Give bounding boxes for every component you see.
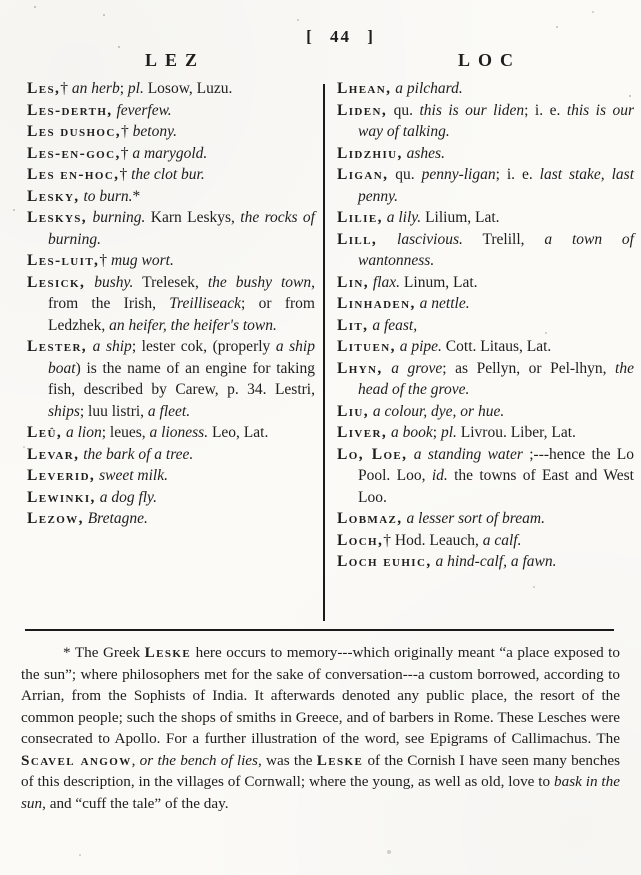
dictionary-entry: Lesick, bushy. Trelesek, the bushy town,… [27, 272, 315, 337]
dictionary-entry: Lewinki, a dog fly. [27, 487, 315, 509]
entry-text: † [60, 80, 72, 97]
entry-text: ; lester cok, (properly [132, 338, 276, 355]
dictionary-entry: Les-en-goc,† a marygold. [27, 143, 315, 165]
entry-text: id. [432, 467, 448, 484]
footnote-text: , and “cuff the tale” of the day. [42, 795, 228, 812]
footnote-smallcaps-term: Scavel angow [21, 752, 132, 769]
entry-text: the bark of a tree. [79, 446, 193, 463]
entry-text: an herb [72, 80, 120, 97]
dictionary-entry: Lin, flax. Linum, Lat. [337, 272, 634, 294]
entry-text: an heifer, the heifer's town. [109, 317, 277, 334]
headword: Lituen, [337, 338, 396, 355]
entry-text: lascivious. [377, 231, 463, 248]
entry-text: sweet milk. [95, 467, 168, 484]
scanned-dictionary-page: [ 44 ] LEZ Les,† an herb; pl. Losow, Luz… [0, 0, 641, 875]
entry-text: a fleet. [148, 403, 190, 420]
entry-text: a lion [62, 424, 102, 441]
entry-text: this is our liden [419, 102, 524, 119]
entry-text: † [121, 123, 133, 140]
footnote-text: * The Greek [63, 644, 145, 661]
entry-text: qu. [388, 166, 421, 183]
dictionary-entry: Lester, a ship; lester cok, (properly a … [27, 336, 315, 422]
headword: Les-derth, [27, 102, 113, 119]
headword: Lill, [337, 231, 377, 248]
entry-text: ; i. e. [524, 102, 567, 119]
dictionary-entry: Liu, a colour, dye, or hue. [337, 401, 634, 423]
headword: Liu, [337, 403, 369, 420]
entry-text: ) is the name of an engine for taking fi… [48, 360, 315, 399]
entry-text: to burn. [80, 188, 133, 205]
entry-text: mug wort. [111, 252, 174, 269]
headword: Lester, [27, 338, 87, 355]
entry-text: a dog fly. [96, 489, 157, 506]
dictionary-entry: Leû, a lion; leues, a lioness. Leo, Lat. [27, 422, 315, 444]
dictionary-entry: Lhyn, a grove; as Pellyn, or Pel-lhyn, t… [337, 358, 634, 401]
dictionary-entry: Les,† an herb; pl. Losow, Luzu. [27, 78, 315, 100]
entry-text: ; leues, [102, 424, 150, 441]
headword: Levar, [27, 446, 79, 463]
dictionary-entry: Lidzhiu, ashes. [337, 143, 634, 165]
entry-text: ; [433, 424, 441, 441]
dictionary-entry: Linhaden, a nettle. [337, 293, 634, 315]
entry-text: Trelill, [463, 231, 544, 248]
entry-text: a nettle. [416, 295, 470, 312]
entry-text: a marygold. [132, 145, 207, 162]
entry-text: a standing water [407, 446, 522, 463]
entry-text: bushy. [85, 274, 133, 291]
entry-text: Bretagne. [84, 510, 148, 527]
entry-text: Linum, Lat. [400, 274, 478, 291]
headword: Lobmaz, [337, 510, 403, 527]
entry-text: burning. [87, 209, 145, 226]
entry-text: flax. [369, 274, 400, 291]
dictionary-entry: Lezow, Bretagne. [27, 508, 315, 530]
entry-text: a book [387, 424, 433, 441]
headword: Lin, [337, 274, 369, 291]
entry-text: a lily. [383, 209, 421, 226]
entry-text: Lilium, Lat. [421, 209, 499, 226]
headword: Lezow, [27, 510, 84, 527]
footnote-text: , was the [258, 752, 317, 769]
dictionary-entry: Lilie, a lily. Lilium, Lat. [337, 207, 634, 229]
entry-text: † [119, 166, 131, 183]
entry-text: † [121, 145, 133, 162]
dictionary-entry: Les en-hoc,† the clot bur. [27, 164, 315, 186]
entry-text: qu. [387, 102, 419, 119]
entry-text: Livrou. Liber, Lat. [457, 424, 576, 441]
headword: Lewinki, [27, 489, 96, 506]
headword: Ligan, [337, 166, 388, 183]
column-loc: LOC Lhean, a pilchard.Liden, qu. this is… [337, 50, 634, 573]
headword: Les-luit, [27, 252, 99, 269]
headword: Lesick, [27, 274, 85, 291]
entry-text: a grove [383, 360, 443, 377]
dictionary-entry: Leskys, burning. Karn Leskys, the rocks … [27, 207, 315, 250]
headword: Lesky, [27, 188, 80, 205]
dictionary-entry: Loch euhic, a hind-calf, a fawn. [337, 551, 634, 573]
footnote: * The Greek Leske here occurs to memory-… [21, 642, 620, 814]
entry-text: a ship [87, 338, 132, 355]
entry-text: Trelesek, [133, 274, 207, 291]
entry-text: a lioness. [150, 424, 209, 441]
headword: Leû, [27, 424, 62, 441]
column-lez: LEZ Les,† an herb; pl. Losow, Luzu.Les-d… [27, 50, 315, 530]
headword: Leverid, [27, 467, 95, 484]
entry-text: Losow, Luzu. [144, 80, 233, 97]
footnote-text: or the bench of lies [140, 752, 258, 769]
entry-text: a hind-calf, a fawn. [432, 553, 557, 570]
entry-text: * [133, 188, 141, 205]
entry-text: ships [48, 403, 80, 420]
entry-text: Karn Leskys, [145, 209, 240, 226]
entry-text: Treilliseack [169, 295, 241, 312]
headword: Les en-hoc, [27, 166, 119, 183]
headword: Liver, [337, 424, 387, 441]
entry-list-lez: Les,† an herb; pl. Losow, Luzu.Les-derth… [27, 78, 315, 530]
entry-text: a pilchard. [391, 80, 462, 97]
entry-text: a calf. [483, 532, 522, 549]
entry-text: pl. [128, 80, 144, 97]
entry-text: a feast, [368, 317, 417, 334]
dictionary-entry: Lo, Loe, a standing water ;---hence the … [337, 444, 634, 509]
column-divider-rule [323, 84, 325, 621]
headword: Lhean, [337, 80, 391, 97]
dictionary-entry: Lit, a feast, [337, 315, 634, 337]
entry-text: ashes. [403, 145, 445, 162]
entry-text: the bushy town [208, 274, 311, 291]
dictionary-entry: Liver, a book; pl. Livrou. Liber, Lat. [337, 422, 634, 444]
dictionary-entry: Ligan, qu. penny-ligan; i. e. last stake… [337, 164, 634, 207]
dictionary-entry: Loch,† Hod. Leauch, a calf. [337, 530, 634, 552]
entry-text: betony. [133, 123, 177, 140]
dictionary-entry: Les-luit,† mug wort. [27, 250, 315, 272]
headword: Lit, [337, 317, 368, 334]
entry-text: † [99, 252, 111, 269]
headword: Lo, Loe, [337, 446, 407, 463]
entry-text: a pipe. [396, 338, 442, 355]
headword: Lidzhiu, [337, 145, 403, 162]
entry-text: penny-ligan [422, 166, 496, 183]
footnote-smallcaps-term: Leske [145, 644, 191, 661]
entry-text: Cott. Litaus, Lat. [442, 338, 551, 355]
dictionary-entry: Liden, qu. this is our liden; i. e. this… [337, 100, 634, 143]
headword: Lilie, [337, 209, 383, 226]
entry-text: † Hod. Leauch, [383, 532, 482, 549]
footnote-text: , [132, 752, 140, 769]
entry-text: a lesser sort of bream. [403, 510, 545, 527]
entry-text: pl. [441, 424, 457, 441]
headword: Lhyn, [337, 360, 383, 377]
column-header-loc: LOC [337, 50, 634, 71]
footnote-smallcaps-term: Leske [317, 752, 363, 769]
headword: Leskys, [27, 209, 87, 226]
dictionary-entry: Lill, lascivious. Trelill, a town of wan… [337, 229, 634, 272]
dictionary-entry: Lobmaz, a lesser sort of bream. [337, 508, 634, 530]
headword: Les, [27, 80, 60, 97]
headword: Linhaden, [337, 295, 416, 312]
entry-text: ; [120, 80, 128, 97]
entry-text: ; as Pellyn, or Pel-lhyn, [442, 360, 615, 377]
dictionary-entry: Levar, the bark of a tree. [27, 444, 315, 466]
entry-text: ; luu listri, [80, 403, 148, 420]
dictionary-entry: Les dushoc,† betony. [27, 121, 315, 143]
page-number: [ 44 ] [20, 27, 641, 47]
entry-text: the clot bur. [131, 166, 205, 183]
entry-list-loc: Lhean, a pilchard.Liden, qu. this is our… [337, 78, 634, 573]
headword: Liden, [337, 102, 387, 119]
headword: Loch, [337, 532, 383, 549]
dictionary-entry: Lhean, a pilchard. [337, 78, 634, 100]
entry-text: ; i. e. [496, 166, 540, 183]
headword: Loch euhic, [337, 553, 432, 570]
entry-text: feverfew. [113, 102, 172, 119]
dictionary-entry: Leverid, sweet milk. [27, 465, 315, 487]
headword: Les-en-goc, [27, 145, 121, 162]
footnote-separator-rule [25, 629, 614, 631]
dictionary-entry: Les-derth, feverfew. [27, 100, 315, 122]
column-header-lez: LEZ [27, 50, 315, 71]
entry-text: Leo, Lat. [208, 424, 268, 441]
entry-text: a colour, dye, or hue. [369, 403, 504, 420]
headword: Les dushoc, [27, 123, 121, 140]
dictionary-entry: Lituen, a pipe. Cott. Litaus, Lat. [337, 336, 634, 358]
dictionary-entry: Lesky, to burn.* [27, 186, 315, 208]
